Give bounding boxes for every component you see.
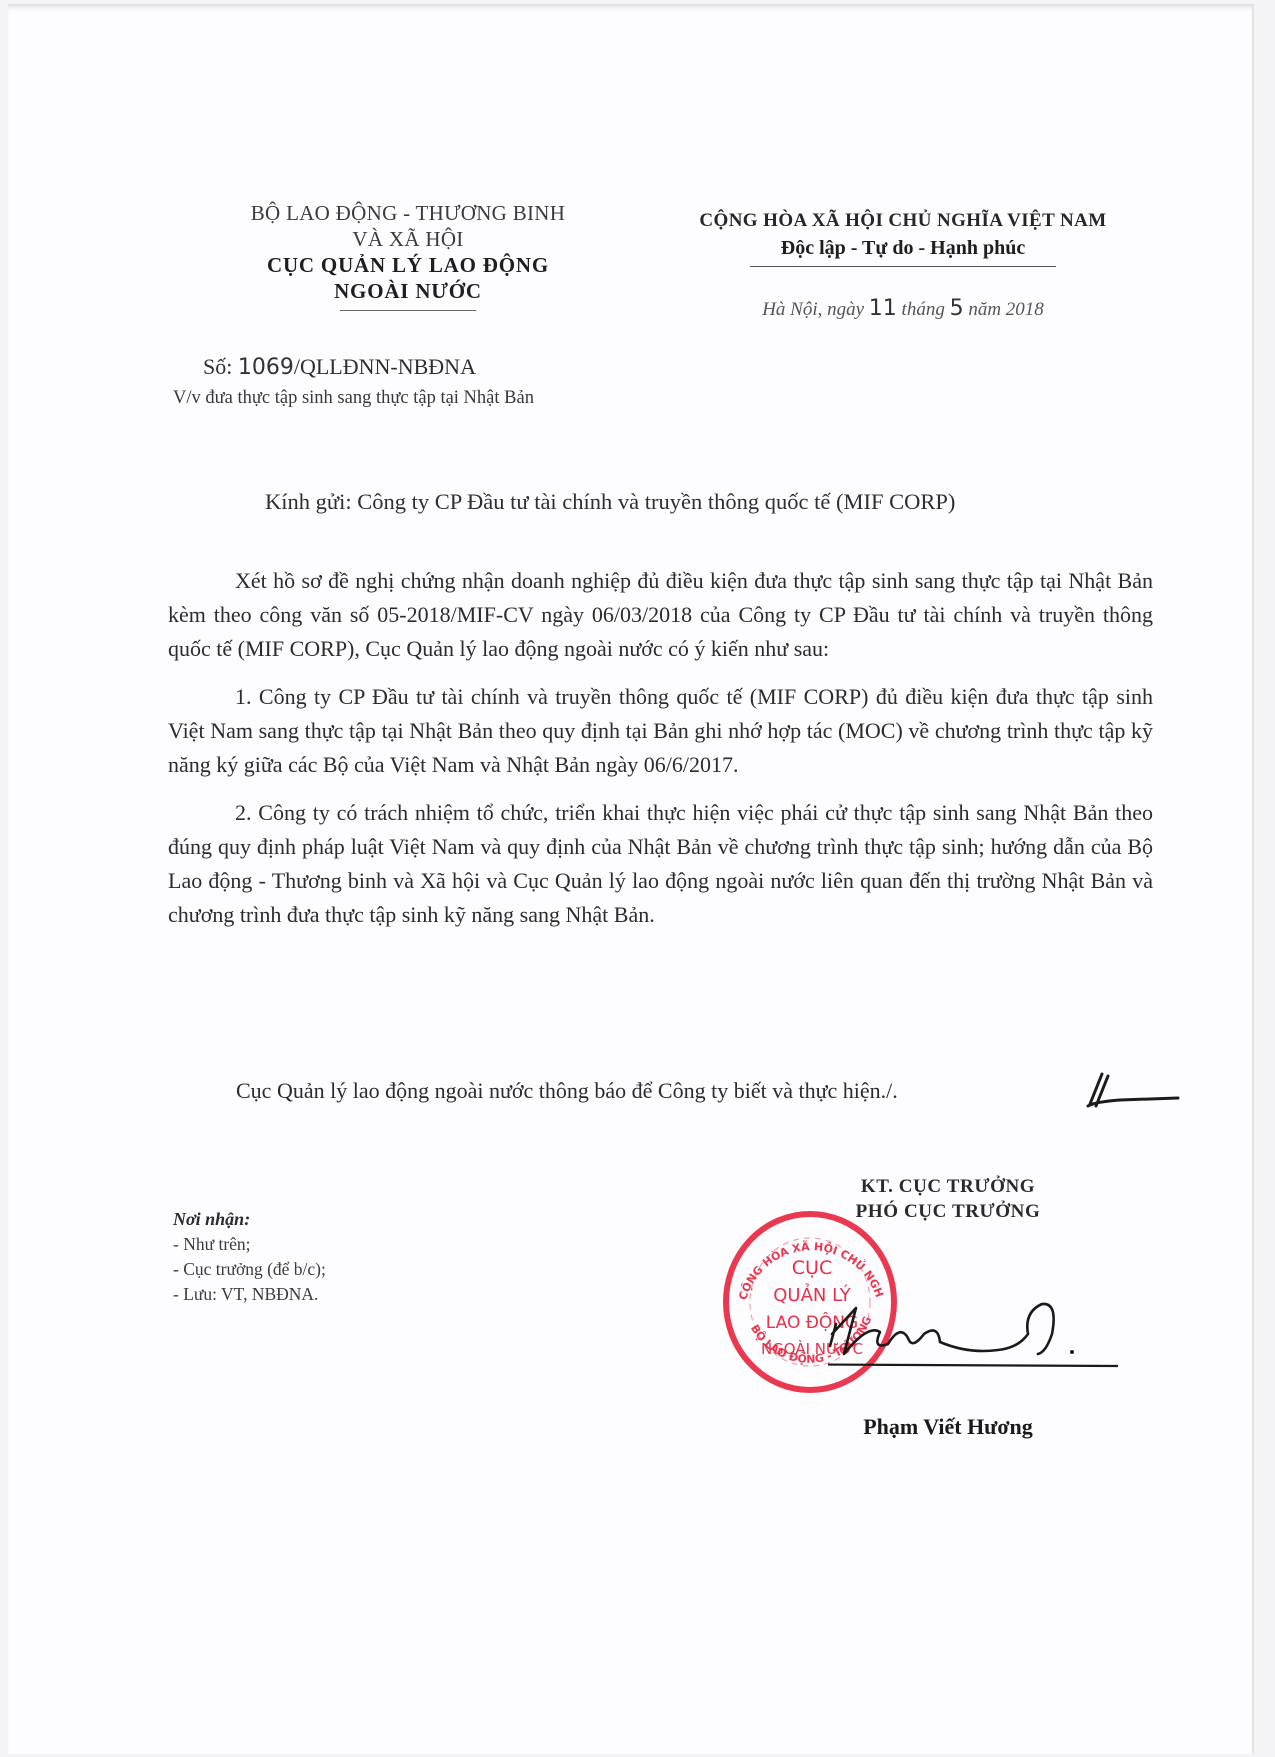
department-line-1: CỤC QUẢN LÝ LAO ĐỘNG xyxy=(188,252,628,278)
header-divider-right xyxy=(750,266,1056,267)
handwritten-signature-icon xyxy=(828,1294,1118,1384)
national-heading: CỘNG HÒA XÃ HỘI CHỦ NGHĨA VIỆT NAM Độc l… xyxy=(638,210,1168,267)
number-code: /QLLĐNN-NBĐNA xyxy=(294,354,476,379)
paragraph-point-1: 1. Công ty CP Đầu tư tài chính và truyền… xyxy=(168,680,1153,782)
paragraph-intro: Xét hồ sơ đề nghị chứng nhận doanh nghiệ… xyxy=(168,564,1153,666)
svg-text:CỤC: CỤC xyxy=(792,1257,832,1279)
issue-date: Hà Nội, ngày 11 tháng 5 năm 2018 xyxy=(638,296,1168,321)
initial-mark-icon xyxy=(1080,1072,1180,1112)
signer-title-2: PHÓ CỤC TRƯỞNG xyxy=(798,1199,1098,1224)
document-number: Số: 1069/QLLĐNN-NBĐNA xyxy=(203,354,476,380)
recipients-list: Nơi nhận: - Như trên; - Cục trưởng (để b… xyxy=(173,1207,326,1307)
addressee: Kính gửi: Công ty CP Đầu tư tài chính và… xyxy=(265,489,955,515)
date-month-label: tháng xyxy=(897,299,950,320)
date-year: năm 2018 xyxy=(964,299,1044,320)
closing-sentence: Cục Quản lý lao động ngoài nước thông bá… xyxy=(236,1078,898,1104)
number-handwritten: 1069 xyxy=(238,355,294,380)
nation-name: CỘNG HÒA XÃ HỘI CHỦ NGHĨA VIỆT NAM xyxy=(638,210,1168,232)
recipient-item: - Cục trưởng (để b/c); xyxy=(173,1257,326,1282)
paragraph-point-2: 2. Công ty có trách nhiệm tổ chức, triển… xyxy=(168,796,1153,932)
recipients-heading: Nơi nhận: xyxy=(173,1207,326,1232)
ministry-line-2: VÀ XÃ HỘI xyxy=(188,226,628,252)
department-line-2: NGOÀI NƯỚC xyxy=(188,278,628,304)
document-subject: V/v đưa thực tập sinh sang thực tập tại … xyxy=(173,388,534,409)
letter-body: Xét hồ sơ đề nghị chứng nhận doanh nghiệ… xyxy=(168,564,1153,946)
recipient-item: - Lưu: VT, NBĐNA. xyxy=(173,1282,326,1307)
header-divider-left xyxy=(340,310,476,311)
signer-name: Phạm Viết Hương xyxy=(798,1414,1098,1440)
signer-title-1: KT. CỤC TRƯỞNG xyxy=(798,1174,1098,1199)
ministry-line-1: BỘ LAO ĐỘNG - THƯƠNG BINH xyxy=(188,200,628,226)
date-place: Hà Nội, ngày xyxy=(762,299,869,320)
number-prefix: Số: xyxy=(203,354,238,379)
issuing-authority: BỘ LAO ĐỘNG - THƯƠNG BINH VÀ XÃ HỘI CỤC … xyxy=(188,200,628,311)
national-motto: Độc lập - Tự do - Hạnh phúc xyxy=(638,237,1168,260)
signature-block: KT. CỤC TRƯỞNG PHÓ CỤC TRƯỞNG xyxy=(798,1174,1098,1224)
document-page: BỘ LAO ĐỘNG - THƯƠNG BINH VÀ XÃ HỘI CỤC … xyxy=(8,4,1254,1754)
date-month-handwritten: 5 xyxy=(950,296,964,321)
date-day-handwritten: 11 xyxy=(869,296,897,321)
recipient-item: - Như trên; xyxy=(173,1232,326,1257)
